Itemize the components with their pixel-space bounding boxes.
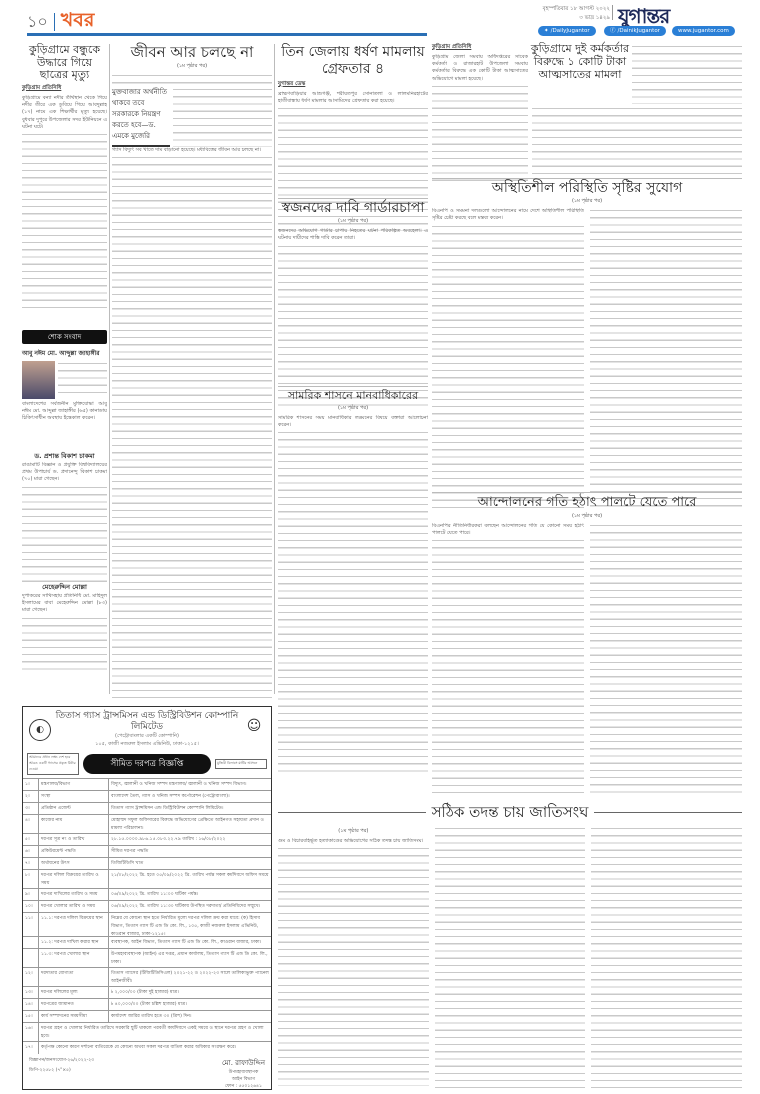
article-military-rule: সামরিক শাসনে মানবাধিকারের (১ম পৃষ্ঠার পর… xyxy=(278,390,428,775)
obituary-section: আবু নঈম মো. আব্দুল্লা জাহাঙ্গীর বাংলাদেশ… xyxy=(22,348,107,673)
obituary-photo xyxy=(22,361,55,399)
byline: কুড়িগ্রাম প্রতিনিধি xyxy=(22,85,107,93)
divider xyxy=(54,13,55,31)
facebook-link[interactable]: ⓕ/DainikJugantor xyxy=(604,26,666,36)
obituary-text: বাংলাদেশের সর্বজনীন মুক্তিযোদ্ধা আবু নঈম… xyxy=(22,401,107,451)
article-body-col1: বিএনপি ও সমমনা দলগুলো আন্দোলনের নামে দেশ… xyxy=(432,208,584,508)
headline: সামরিক শাসনে মানবাধিকারের xyxy=(278,390,428,403)
article-jibon: জীবন আর চলছে না (১ম পৃষ্ঠার পর) মুক্তবাজ… xyxy=(112,44,272,707)
divider xyxy=(612,5,613,20)
continued-note: (১ম পৃষ্ঠার পর) xyxy=(278,218,428,226)
tender-row: ১১.৩: দরপত্র খোলার স্থানউপমহাব্যবস্থাপক … xyxy=(23,948,271,967)
headline: স্বজনদের দাবি গার্ডারচাপা xyxy=(278,200,428,216)
tender-row: ১১.২: দরপত্র দাখিল করার স্থানব্যবস্থাপক,… xyxy=(23,936,271,948)
continued-note: (১ম পৃষ্ঠার পর) xyxy=(278,828,429,836)
date-bengali: ৩ ভাদ্র ১৪২৯ xyxy=(540,14,610,23)
pullquote: মুক্তবাজার অর্থনীতি থাকবে তবে সরকারকে নি… xyxy=(112,87,170,147)
signatory-dept: আইন বিভাগ xyxy=(222,1076,265,1083)
tender-row: ৪।কাজের নামমোহাম্মদ সফুল অফিসারের বিরুদ্… xyxy=(23,814,271,833)
article-body: কুড়িগ্রাম জেলা সমবায় অধিদপ্তরের সাবেক … xyxy=(432,54,528,184)
article-body: সামরিক শাসনের সময় মানবাধিকার লঙ্ঘনের বি… xyxy=(278,415,428,775)
article-kurigram-officials-col1: কুড়িগ্রাম প্রতিনিধি কুড়িগ্রাম জেলা সমব… xyxy=(432,44,528,184)
continued-note: (১ম পৃষ্ঠার পর) xyxy=(278,405,428,413)
tender-row: ১৪।দরপত্রের জামানত৳ ৪০,০০০/০০ (টাকা চল্ল… xyxy=(23,998,271,1010)
tender-row: ৬।প্রকিউরমেন্ট পদ্ধতিসীমিত দরপত্র পদ্ধতি xyxy=(23,845,271,857)
titas-logo-icon: ◐ xyxy=(29,719,51,741)
article-un-probe-head: সঠিক তদন্ত চায় জাতিসংঘ xyxy=(278,804,742,821)
signatory-phone: ফোন : ৫৫০১২৬৪১ xyxy=(222,1083,265,1090)
tender-row: ১।মন্ত্রণালয়/বিভাগবিদ্যুৎ, জ্বালানী ও খ… xyxy=(23,778,271,790)
signatory-name: মো. রাফাউদ্দিন xyxy=(222,1057,265,1069)
continued-note: (১ম পৃষ্ঠার পর) xyxy=(432,513,742,521)
headline: কুড়িগ্রামে দুই কর্মকর্তার বিরুদ্ধে ১ কো… xyxy=(530,42,630,81)
tender-row: ৭।অর্থায়নের উৎসতিজিটিডিসি খাত xyxy=(23,857,271,869)
ad-ref: বিজ্ঞাপন/জনসংযোগ-২৬/২০২২-২৩ xyxy=(29,1057,94,1064)
company-name: তিতাস গ্যাস ট্রান্সমিসন এন্ড ডিস্ট্রিবিউ… xyxy=(51,711,243,733)
tender-row: ২।সংস্থাবাংলাদেশ তৈল, গ্যাস ও খনিজ সম্পদ… xyxy=(23,790,271,802)
headline: অস্থিতিশীল পরিস্থিতি সৃষ্টির সুযোগ xyxy=(432,180,742,196)
byline: কুড়িগ্রাম প্রতিনিধি xyxy=(432,44,528,52)
article-kurigram-officials-head: কুড়িগ্রামে দুই কর্মকর্তার বিরুদ্ধে ১ কো… xyxy=(530,42,630,81)
byline: যুগান্তর ডেস্ক xyxy=(278,81,428,89)
tender-row: ৯।দরপত্র দাখিলের তারিখ ও সময়০৬/০৯/২০২২ … xyxy=(23,888,271,900)
tender-table: ১।মন্ত্রণালয়/বিভাগবিদ্যুৎ, জ্বালানী ও খ… xyxy=(23,778,271,1054)
article-body-col1: গুম ও বিচারবহির্ভূত হত্যাকাণ্ডের অভিযোগে… xyxy=(278,838,429,1090)
headline: কুড়িগ্রামে বন্ধুকে উদ্ধারে গিয়ে ছাত্রে… xyxy=(22,44,107,82)
article-movement: আন্দোলনের গতি হঠাৎ পালটে যেতে পারে (১ম প… xyxy=(432,496,742,793)
obituary-text: রাঙামাটি বিজ্ঞান ও প্রযুক্তি বিশ্ববিদ্যা… xyxy=(22,462,107,582)
tender-row: ১৫।কার্য সম্পাদনের সময়সীমাকার্যাদেশ জার… xyxy=(23,1010,271,1022)
article-body: স্বজনদের অভিযোগ গার্ডার চাপায় নিহতের ঘট… xyxy=(278,228,428,408)
continued-note: (১ম পৃষ্ঠার পর) xyxy=(112,63,272,71)
signatory-title: উপমহাব্যবস্থাপক xyxy=(222,1069,265,1076)
article-body-col3 xyxy=(591,826,742,1088)
left-note: আমাদের প্রধান লক্ষ্য দেশ হবে আরও একটি গ্… xyxy=(27,753,79,775)
obituary-banner: শোক সংবাদ xyxy=(22,330,107,344)
headline: সঠিক তদন্ত চায় জাতিসংঘ xyxy=(432,804,589,821)
website-link[interactable]: www.jugantor.com xyxy=(672,26,735,36)
date-gregorian: বৃহস্পতিবার ১৮ আগস্ট ২০২২ xyxy=(540,5,610,14)
twitter-icon: ✦ xyxy=(544,27,549,35)
article-body-col2 xyxy=(590,523,742,793)
article-body-col1: বিএনপির নীতিনির্ধারকরা বলছেন আন্দোলনের গ… xyxy=(432,523,584,793)
article-guardrail: স্বজনদের দাবি গার্ডারচাপা (১ম পৃষ্ঠার পর… xyxy=(278,200,428,408)
article-body: কুড়িগ্রামে বন্যা নদীর তীর্থস্থান থেকে গ… xyxy=(22,95,107,310)
obituary-name: ড. প্রশান্ত বিকাশ চাকমা xyxy=(22,451,107,462)
obituary-name: মেহেরুদ্দিন মোল্লা xyxy=(22,582,107,593)
tender-row: ৫।দরপত্র সূত্র নং ও তারিখ২৮.১৫.০০০০.৯৮৬.… xyxy=(23,833,271,845)
company-subtitle: (পেট্রোবাংলার একটি কোম্পানি) xyxy=(51,733,243,741)
page-number: ১০ xyxy=(27,9,48,36)
masthead-rule xyxy=(27,33,427,36)
headline: জীবন আর চলছে না xyxy=(112,44,272,61)
facebook-icon: ⓕ xyxy=(610,27,616,35)
headline: তিন জেলায় ধর্ষণ মামলায় গ্রেফতার ৪ xyxy=(278,44,428,78)
article-body: গ্যাস বিদ্যুৎ সব খাতে দাম বাড়ানো হয়েছে… xyxy=(112,147,272,707)
portrait-icon: ☺ xyxy=(243,718,265,742)
issue-date: বৃহস্পতিবার ১৮ আগস্ট ২০২২ ৩ ভাদ্র ১৪২৯ xyxy=(540,5,610,23)
notice-title: সীমিত দরপত্র বিজ্ঞপ্তি xyxy=(83,754,211,774)
tender-row: ১১।১১.১: দরপত্র দলিল বিক্রয়ের স্থাননিম্… xyxy=(23,912,271,936)
ad-dfp: ডিপি-২২৫৮২ (৭"×৫) xyxy=(29,1067,94,1074)
tender-row: ১২।দরদাতার যোগ্যতাতিতাস গ্যাসের (টিজিটিড… xyxy=(23,967,271,986)
tender-advertisement: ◐ তিতাস গ্যাস ট্রান্সমিসন এন্ড ডিস্ট্রিব… xyxy=(22,706,272,1090)
headline: আন্দোলনের গতি হঠাৎ পালটে যেতে পারে xyxy=(432,496,742,511)
right-note: মুজিবী বিলাসে মাটির আসনে xyxy=(215,759,267,769)
article-kurigram-student: কুড়িগ্রামে বন্ধুকে উদ্ধারে গিয়ে ছাত্রে… xyxy=(22,44,107,310)
company-address: ১০৫, কাজী নজরুল ইসলাম এভিনিউ, ঢাকা-১২১৫। xyxy=(51,741,243,749)
obituary-text: দুপাকরের সাথিসহায় প্রতিনিধি মো. মাহিদুল… xyxy=(22,593,107,673)
obituary-name: আবু নঈম মো. আব্দুল্লা জাহাঙ্গীর xyxy=(22,348,107,359)
tender-row: ৮।দরপত্র দলিল বিক্রয়ের তারিখ ও সময়২১/০… xyxy=(23,869,271,888)
article-un-probe-body: (১ম পৃষ্ঠার পর) গুম ও বিচারবহির্ভূত হত্য… xyxy=(278,826,742,1090)
tender-row: ১০।দরপত্র খোলার তারিখ ও সময়০৬/০৯/২০২২ খ… xyxy=(23,900,271,912)
tender-row: ১৭।কর্তৃপক্ষ কোনো কারণ দর্শানো ব্যতিরেকে… xyxy=(23,1041,271,1054)
article-unstable: অস্থিতিশীল পরিস্থিতি সৃষ্টির সুযোগ (১ম প… xyxy=(432,180,742,508)
article-body-col2 xyxy=(435,826,586,1088)
twitter-link[interactable]: ✦/DailyJugantor xyxy=(538,26,596,36)
tender-row: ১৬।দরপত্র গ্রহণ ও খোলার নির্ধারিত তারিখে… xyxy=(23,1022,271,1041)
article-body-col2 xyxy=(590,208,742,508)
tender-row: ৩।প্রতিষ্ঠান এজেন্টতিতাস গ্যাস ট্রান্সমি… xyxy=(23,802,271,814)
continued-note: (১ম পৃষ্ঠার পর) xyxy=(432,198,742,206)
tender-row: ১৩।দরপত্র দলিলের মূল্য৳ ২,০০০/০০ (টাকা দ… xyxy=(23,986,271,998)
